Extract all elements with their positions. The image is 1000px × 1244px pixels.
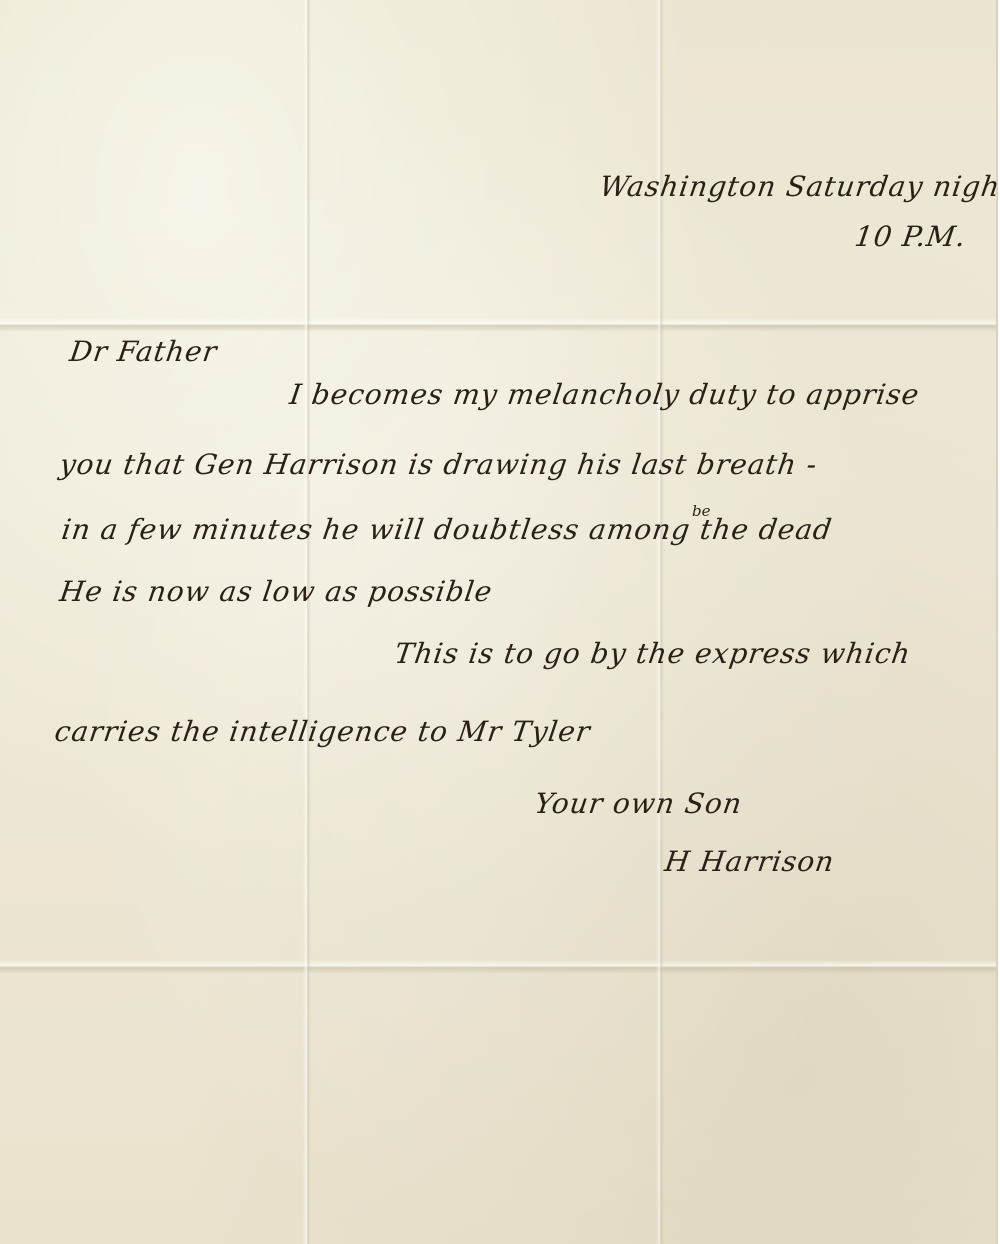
letter-body-line: you that Gen Harrison is drawing his las…: [58, 448, 820, 481]
letter-signature: H Harrison: [663, 845, 837, 878]
letter-closing: Your own Son: [533, 787, 745, 820]
horizontal-fold-crease: [0, 318, 996, 332]
letter-time: 10 P.M.: [853, 220, 969, 253]
letter-paper: Washington Saturday night 10 P.M. Dr Fat…: [0, 0, 998, 1244]
letter-place-day: Washington Saturday night: [598, 170, 1000, 203]
vertical-fold-crease: [303, 0, 311, 1244]
horizontal-fold-crease: [0, 960, 996, 974]
letter-body-line: He is now as low as possible: [58, 575, 495, 608]
letter-body-line: carries the intelligence to Mr Tyler: [53, 715, 593, 748]
letter-body-line: I becomes my melancholy duty to apprise: [288, 378, 922, 411]
letter-salutation: Dr Father: [68, 335, 220, 368]
letter-body-line: in a few minutes he will doubtless among…: [60, 513, 835, 546]
letter-body-line: This is to go by the express which: [393, 637, 913, 670]
